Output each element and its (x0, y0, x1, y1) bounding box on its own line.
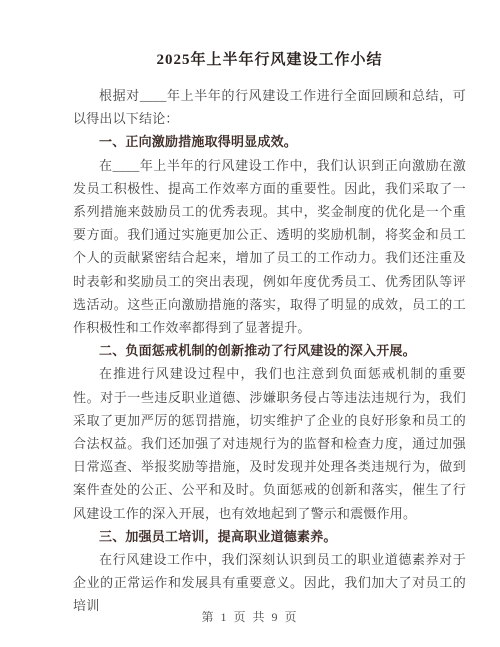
section-paragraph-2: 在推进行风建设过程中，我们也注意到负面惩戒机制的重要性。对于一些违反职业道德、涉… (73, 362, 466, 524)
section-heading-1: 一、正向激励措施取得明显成效。 (73, 130, 466, 153)
document-page: 2025年上半年行风建设工作小结 根据对____年上半年的行风建设工作进行全面回… (0, 0, 500, 647)
page-title-text: 2025年上半年行风建设工作小结 (156, 52, 382, 68)
document-content: 2025年上半年行风建设工作小结 根据对____年上半年的行风建设工作进行全面回… (73, 47, 466, 618)
intro-paragraph: 根据对____年上半年的行风建设工作进行全面回顾和总结，可以得出以下结论： (73, 84, 466, 130)
section-heading-3: 三、加强员工培训，提高职业道德素养。 (73, 525, 466, 548)
page-number-footer: 第 1 页 共 9 页 (0, 608, 500, 625)
section-paragraph-1: 在____年上半年的行风建设工作中，我们认识到正向激励在激发员工积极性、提高工作… (73, 154, 466, 340)
page-title: 2025年上半年行风建设工作小结 (73, 47, 466, 74)
section-heading-2: 二、负面惩戒机制的创新推动了行风建设的深入开展。 (73, 339, 466, 362)
